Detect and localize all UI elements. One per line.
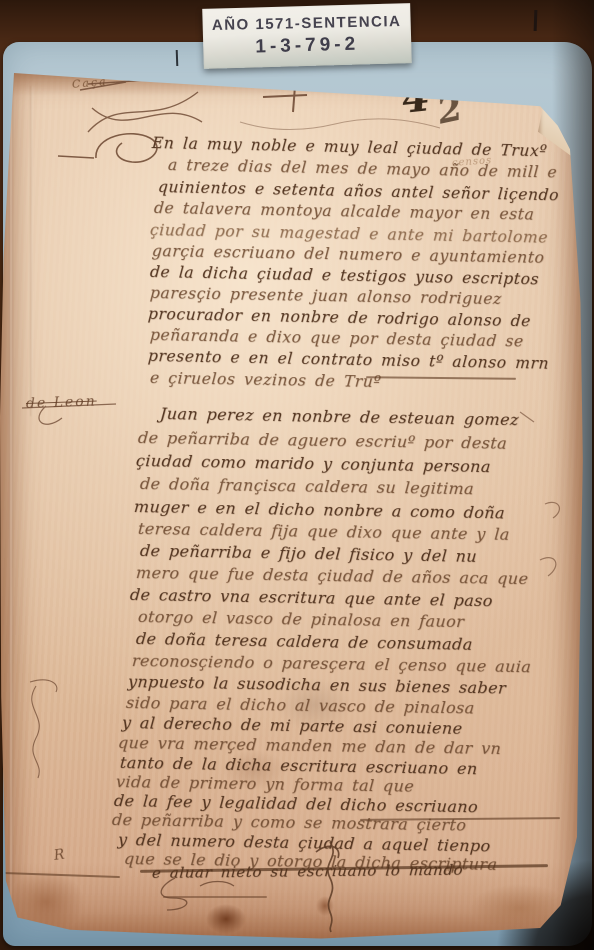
manuscript-page: Caça 4 2 çensos de Leon R Rº En la muy n… — [0, 66, 584, 942]
label-year-line: AÑO 1571-SENTENCIA — [202, 13, 410, 34]
archive-label: AÑO 1571-SENTENCIA 1-3-79-2 — [202, 3, 412, 69]
scribble-underline — [163, 896, 267, 898]
final-left-mark: R — [53, 847, 66, 864]
margin-note: de Leon — [26, 394, 97, 412]
label-reference-number: 1-3-79-2 — [203, 32, 412, 60]
photo-of-manuscript: Caça 4 2 çensos de Leon R Rº En la muy n… — [0, 0, 594, 950]
